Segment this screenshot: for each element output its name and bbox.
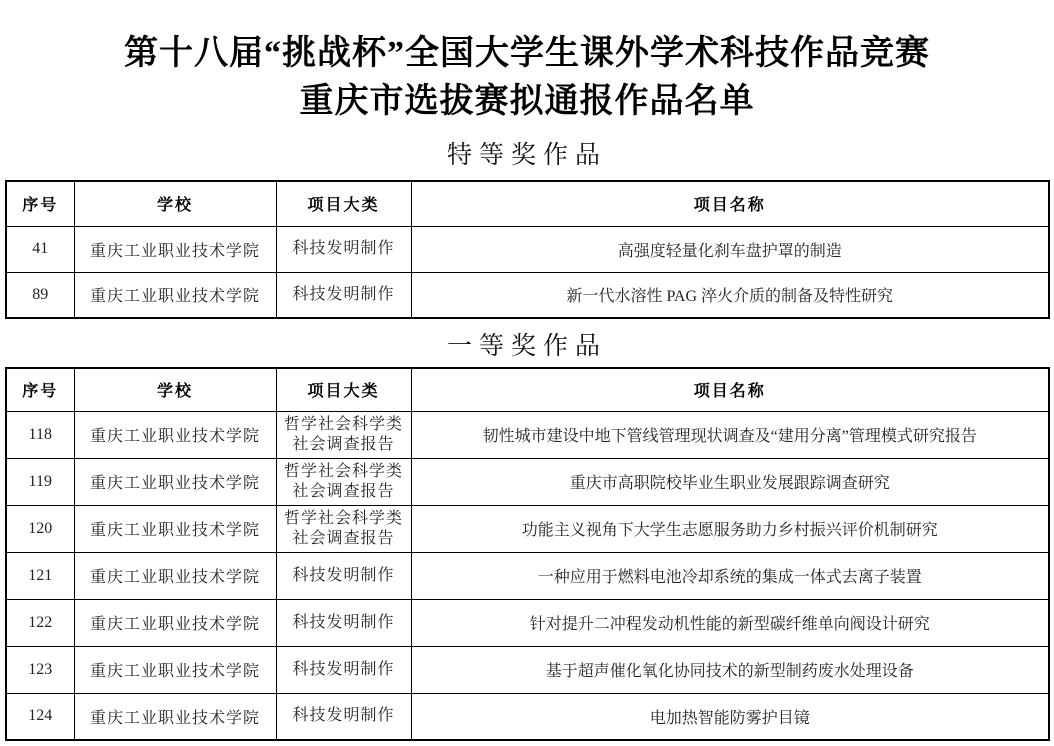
table-row: 123 重庆工业职业技术学院 科技发明制作 基于超声催化氧化协同技术的新型制药废… [6, 646, 1049, 693]
cell-category: 科技发明制作 [276, 552, 411, 599]
cell-category: 科技发明制作 [276, 226, 411, 272]
table-row: 118 重庆工业职业技术学院 哲学社会科学类 社会调查报告 韧性城市建设中地下管… [6, 411, 1049, 458]
page-title-line1: 第十八届“挑战杯”全国大学生课外学术科技作品竞赛 [0, 30, 1054, 78]
cell-school: 重庆工业职业技术学院 [74, 226, 276, 272]
table-row: 121 重庆工业职业技术学院 科技发明制作 一种应用于燃料电池冷却系统的集成一体… [6, 552, 1049, 599]
section-heading-first-prize: 一等奖作品 [0, 326, 1054, 362]
cell-school: 重庆工业职业技术学院 [74, 552, 276, 599]
cell-project: 基于超声催化氧化协同技术的新型制药废水处理设备 [411, 646, 1049, 693]
cell-school: 重庆工业职业技术学院 [74, 505, 276, 552]
cell-school: 重庆工业职业技术学院 [74, 693, 276, 740]
cell-serial-number: 124 [6, 693, 74, 740]
cell-category: 科技发明制作 [276, 693, 411, 740]
table-header-row: 序号 学校 项目大类 项目名称 [6, 368, 1049, 411]
table-row: 119 重庆工业职业技术学院 哲学社会科学类 社会调查报告 重庆市高职院校毕业生… [6, 458, 1049, 505]
cell-serial-number: 121 [6, 552, 74, 599]
table-row: 41 重庆工业职业技术学院 科技发明制作 高强度轻量化刹车盘护罩的制造 [6, 226, 1049, 272]
cell-project: 高强度轻量化刹车盘护罩的制造 [411, 226, 1049, 272]
column-header-category: 项目大类 [276, 368, 411, 411]
cell-serial-number: 120 [6, 505, 74, 552]
cell-category: 科技发明制作 [276, 599, 411, 646]
cell-school: 重庆工业职业技术学院 [74, 458, 276, 505]
page-title: 第十八届“挑战杯”全国大学生课外学术科技作品竞赛 重庆市选拔赛拟通报作品名单 [0, 30, 1054, 126]
cell-serial-number: 89 [6, 272, 74, 318]
table-header-row: 序号 学校 项目大类 项目名称 [6, 181, 1049, 226]
table-row: 89 重庆工业职业技术学院 科技发明制作 新一代水溶性 PAG 淬火介质的制备及… [6, 272, 1049, 318]
table-row: 122 重庆工业职业技术学院 科技发明制作 针对提升二冲程发动机性能的新型碳纤维… [6, 599, 1049, 646]
document-page: 第十八届“挑战杯”全国大学生课外学术科技作品竞赛 重庆市选拔赛拟通报作品名单 特… [0, 0, 1054, 746]
table-row: 124 重庆工业职业技术学院 科技发明制作 电加热智能防雾护目镜 [6, 693, 1049, 740]
column-header-project: 项目名称 [411, 368, 1049, 411]
page-title-line2: 重庆市选拔赛拟通报作品名单 [0, 78, 1054, 126]
first-prize-table: 序号 学校 项目大类 项目名称 118 重庆工业职业技术学院 哲学社会科学类 社… [5, 367, 1050, 741]
cell-category: 哲学社会科学类 社会调查报告 [276, 458, 411, 505]
cell-school: 重庆工业职业技术学院 [74, 599, 276, 646]
cell-project: 电加热智能防雾护目镜 [411, 693, 1049, 740]
cell-school: 重庆工业职业技术学院 [74, 272, 276, 318]
cell-school: 重庆工业职业技术学院 [74, 411, 276, 458]
table-row: 120 重庆工业职业技术学院 哲学社会科学类 社会调查报告 功能主义视角下大学生… [6, 505, 1049, 552]
column-header-category: 项目大类 [276, 181, 411, 226]
cell-project: 新一代水溶性 PAG 淬火介质的制备及特性研究 [411, 272, 1049, 318]
cell-category: 科技发明制作 [276, 646, 411, 693]
cell-project: 韧性城市建设中地下管线管理现状调查及“建用分离”管理模式研究报告 [411, 411, 1049, 458]
cell-project: 针对提升二冲程发动机性能的新型碳纤维单向阀设计研究 [411, 599, 1049, 646]
column-header-school: 学校 [74, 181, 276, 226]
cell-category: 科技发明制作 [276, 272, 411, 318]
cell-serial-number: 118 [6, 411, 74, 458]
cell-category: 哲学社会科学类 社会调查报告 [276, 411, 411, 458]
section-heading-special-award: 特等奖作品 [0, 135, 1054, 171]
column-header-serial: 序号 [6, 368, 74, 411]
cell-serial-number: 41 [6, 226, 74, 272]
cell-category: 哲学社会科学类 社会调查报告 [276, 505, 411, 552]
cell-serial-number: 122 [6, 599, 74, 646]
special-award-table: 序号 学校 项目大类 项目名称 41 重庆工业职业技术学院 科技发明制作 高强度… [5, 180, 1050, 319]
cell-serial-number: 123 [6, 646, 74, 693]
cell-project: 一种应用于燃料电池冷却系统的集成一体式去离子装置 [411, 552, 1049, 599]
column-header-serial: 序号 [6, 181, 74, 226]
cell-school: 重庆工业职业技术学院 [74, 646, 276, 693]
cell-project: 重庆市高职院校毕业生职业发展跟踪调查研究 [411, 458, 1049, 505]
cell-project: 功能主义视角下大学生志愿服务助力乡村振兴评价机制研究 [411, 505, 1049, 552]
column-header-school: 学校 [74, 368, 276, 411]
cell-serial-number: 119 [6, 458, 74, 505]
column-header-project: 项目名称 [411, 181, 1049, 226]
